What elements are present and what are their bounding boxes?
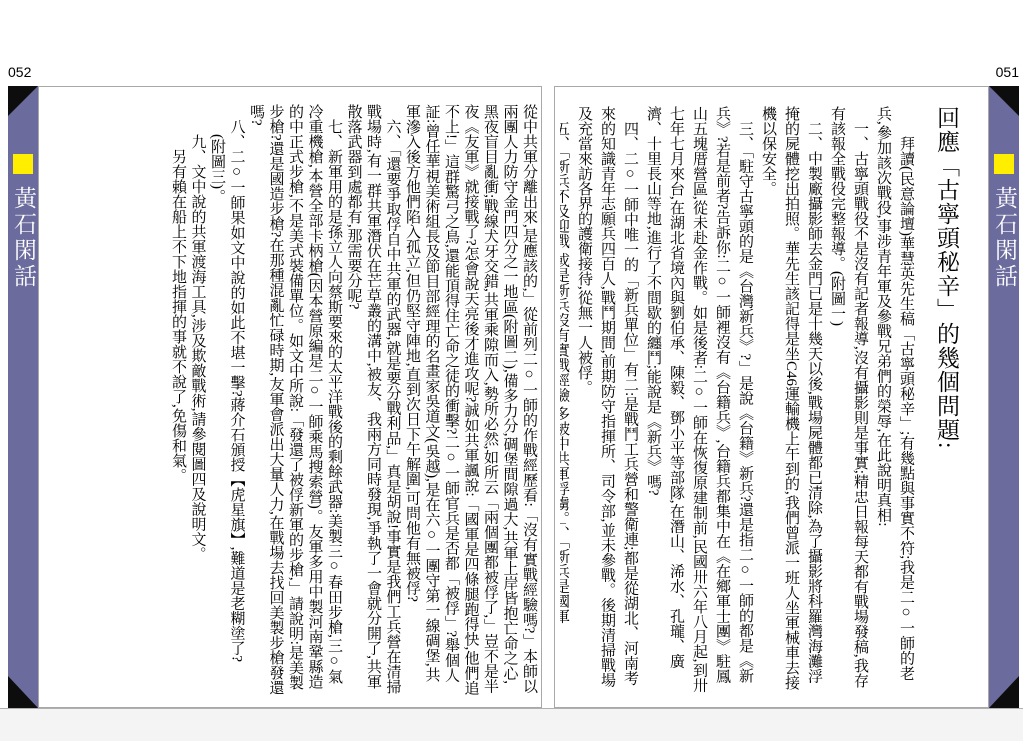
- book-spread: { "document": { "series_title": "黃石閑話", …: [0, 0, 1023, 741]
- page-text-right: 回應「古寧頭秘辛」的幾個問題: 拜讀(民意論壇)華慧英先生稿「古寧頭秘辛」;有幾…: [560, 106, 966, 694]
- paragraph: 二、中製廠攝影師去金門已是十幾天以後,戰場屍體都已清除,為了攝影將科羅灣海灘浮掩…: [756, 106, 825, 694]
- series-title: 黃石閑話: [10, 186, 36, 290]
- side-tab-left: 黃石閑話: [8, 86, 38, 708]
- page-number-right: 051: [966, 64, 1019, 80]
- paragraph: 一、古寧頭戰役不是沒有記者報導,沒有攝影則是事實;精忠日報每天都有戰場發稿,我存…: [825, 106, 871, 694]
- paragraph: 五、「新兵不及迎戰,或是新兵沒有實戰經驗,多被中共軍俘虜。」、「新兵是國軍,: [560, 106, 572, 694]
- corner-triangle-icon: [989, 86, 1019, 116]
- series-title: 黃石閑話: [991, 186, 1017, 290]
- yellow-marker-icon: [13, 154, 33, 174]
- page-text-left: 從中共軍分離出來,是應該的,」從前列二○一師的作戰經歷看:「沒有實戰經驗嗎?」本…: [44, 104, 538, 696]
- page-number-left: 052: [8, 64, 31, 80]
- corner-triangle-icon: [8, 86, 38, 116]
- paragraph: 八、二○一師果如文中說的如此不堪一擊?蔣介石頒授【虎星旗】,難道是老糊塗了?: [226, 104, 246, 696]
- paragraph: (附圖三)。: [207, 104, 227, 696]
- side-tab-right: 黃石閑話: [989, 86, 1019, 708]
- paragraph: 六、「還要爭取俘自中共軍的武器,就是要分戰利品,」真是胡說!事實是我們工兵營在清…: [343, 104, 402, 696]
- yellow-marker-icon: [994, 154, 1014, 174]
- paragraph: 從中共軍分離出來,是應該的,」從前列二○一師的作戰經歷看:「沒有實戰經驗嗎?」本…: [402, 104, 539, 696]
- background-below-spread: [0, 709, 1023, 741]
- paragraph: 三、「駐守古寧頭的是《台灣新兵》?」是說《台籍》新兵?還是指二○一師的都是《新兵…: [641, 106, 756, 694]
- paragraph: 四、二○一師中唯一的「新兵單位」有二:是戰鬥工兵營和警衛連;都是從湖北、河南考來…: [572, 106, 641, 694]
- article-title: 回應「古寧頭秘辛」的幾個問題:: [926, 106, 966, 694]
- corner-triangle-icon: [989, 676, 1019, 708]
- paragraph: 拜讀(民意論壇)華慧英先生稿「古寧頭秘辛」;有幾點與事實不符;我是二○一師的老兵…: [871, 106, 917, 694]
- paragraph: 九、文中說的共軍渡海工具,涉及欺敵戰術,請參閱圖四及說明文。: [187, 104, 207, 696]
- paragraph: 七、新軍用的是孫立人向蔡斯要來的太平洋戰後的剩餘武器:美製三○春田步槍,三○氣冷…: [246, 104, 344, 696]
- paragraph: 另有賴在船上不下地指揮的事就不說了,免傷和氣。: [168, 104, 188, 696]
- corner-triangle-icon: [8, 676, 38, 708]
